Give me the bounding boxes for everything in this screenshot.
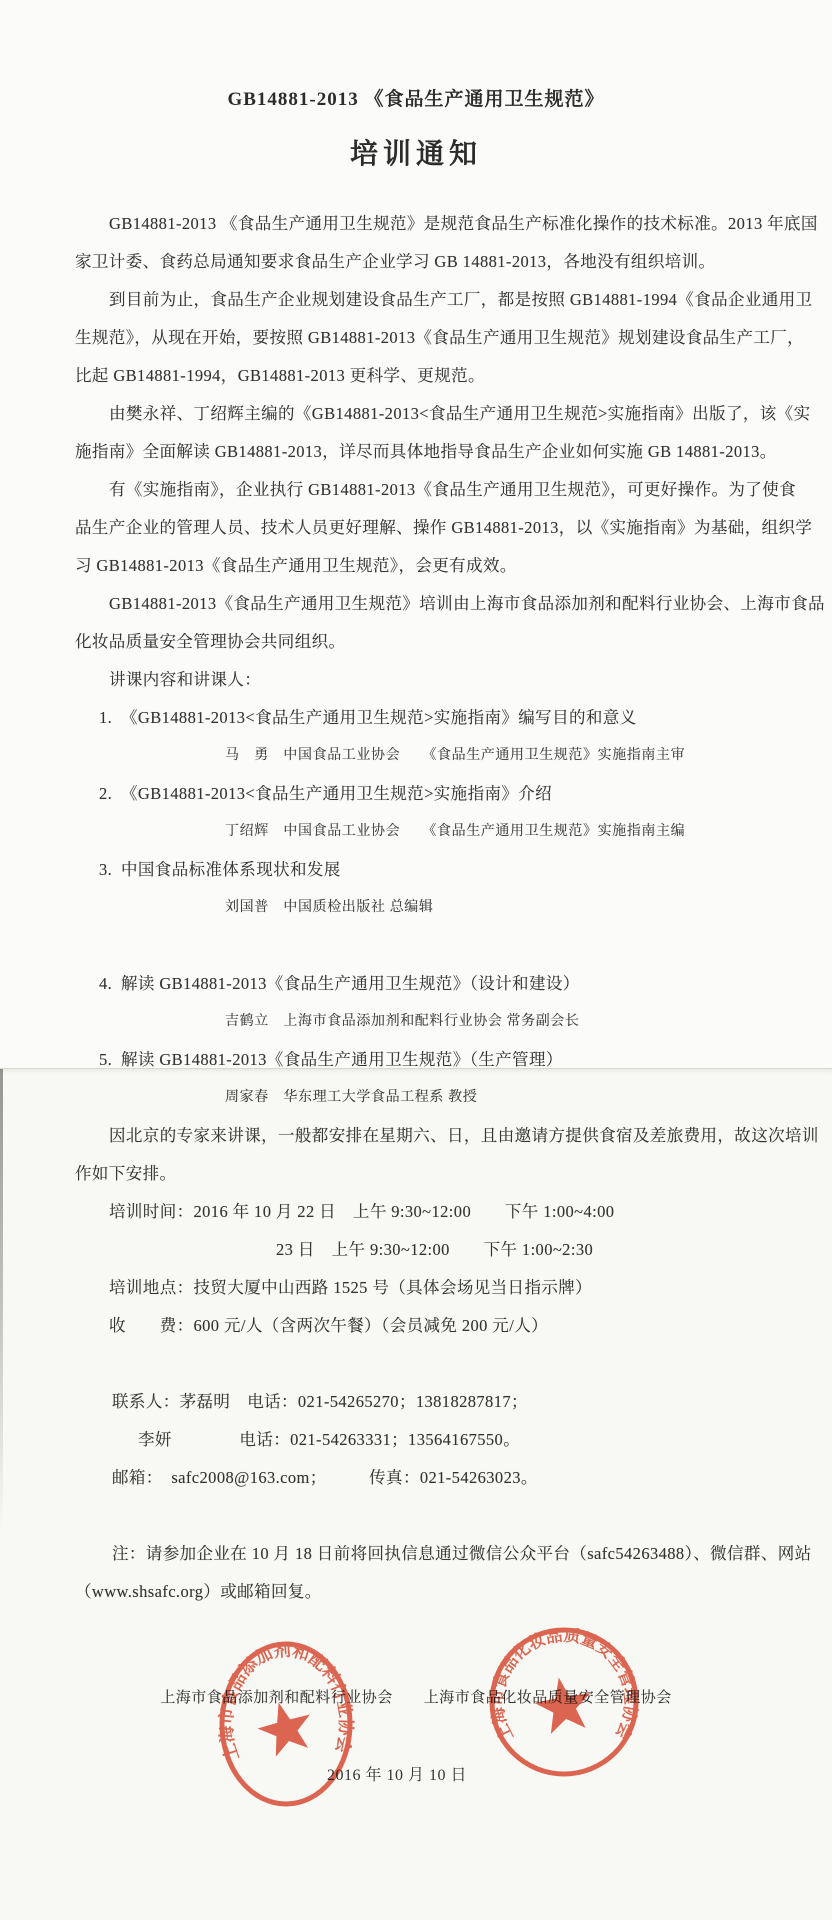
lecture-item-3-speaker: 刘国普 中国质检出版社 总编辑 <box>0 889 832 927</box>
lecture-item-3-title: 3.中国食品标准体系现状和发展 <box>0 851 832 889</box>
signature-organizations: 上海市食品添加剂和配料行业协会 上海市食品化妆品质量安全管理协会 <box>0 1686 832 1707</box>
official-stamp-left: 上海市食品添加剂和配料行业协会 <box>216 1638 356 1810</box>
notice-subtitle: 培训通知 <box>0 132 832 172</box>
page-1-body: GB14881-2013 《食品生产通用卫生规范》是规范食品生产标准化操作的技术… <box>0 205 832 1079</box>
scanned-notice-document: GB14881-2013 《食品生产通用卫生规范》 培训通知 GB14881-2… <box>0 0 832 1920</box>
stamp-left-text: 上海市食品添加剂和配料行业协会 <box>216 1640 356 1764</box>
intro-p1-line1: GB14881-2013 《食品生产通用卫生规范》是规范食品生产标准化操作的技术… <box>0 205 832 243</box>
item-number: 3. <box>99 851 121 889</box>
intro-p3-line1: 由樊永祥、丁绍辉主编的《GB14881-2013<食品生产通用卫生规范>实施指南… <box>0 395 832 433</box>
page-2-body: 周家春 华东理工大学食品工程系 教授 因北京的专家来讲课，一般都安排在星期六、日… <box>0 1079 832 1611</box>
intro-p1-line2: 家卫计委、食药总局通知要求食品生产企业学习 GB 14881-2013，各地没有… <box>0 243 832 281</box>
lecture-item-4-speaker: 吉鹤立 上海市食品添加剂和配料行业协会 常务副会长 <box>0 1003 832 1041</box>
lecture-item-1-title: 1.《GB14881-2013<食品生产通用卫生规范>实施指南》编写目的和意义 <box>0 699 832 737</box>
intro-p5-line1: GB14881-2013《食品生产通用卫生规范》培训由上海市食品添加剂和配料行业… <box>0 585 832 623</box>
svg-text:上海市食品化妆品质量安全管理协会: 上海市食品化妆品质量安全管理协会 <box>487 1625 642 1745</box>
training-time-line1: 培训时间：2016 年 10 月 22 日 上午 9:30~12:00 下午 1… <box>0 1193 832 1231</box>
arrangement-line1: 因北京的专家来讲课，一般都安排在星期六、日，且由邀请方提供食宿及差旅费用，故这次… <box>0 1117 832 1155</box>
blank-line <box>0 927 832 965</box>
svg-text:上海市食品添加剂和配料行业协会: 上海市食品添加剂和配料行业协会 <box>216 1640 356 1764</box>
intro-p3-line2: 施指南》全面解读 GB14881-2013，详尽而具体地指导食品生产企业如何实施… <box>0 433 832 471</box>
lecture-item-4-title: 4.解读 GB14881-2013《食品生产通用卫生规范》（设计和建设） <box>0 965 832 1003</box>
item-title-text: 《GB14881-2013<食品生产通用卫生规范>实施指南》编写目的和意义 <box>121 708 637 727</box>
item-number: 1. <box>99 699 121 737</box>
contact-line-3: 邮箱： safc2008@163.com； 传真：021-54263023。 <box>0 1459 832 1497</box>
item-number: 4. <box>99 965 121 1003</box>
official-stamp-right: 上海市食品化妆品质量安全管理协会 <box>485 1623 643 1781</box>
page-1: GB14881-2013 《食品生产通用卫生规范》 培训通知 GB14881-2… <box>0 0 832 1068</box>
note-line-1: 注：请参加企业在 10 月 18 日前将回执信息通过微信公众平台（safc542… <box>0 1535 832 1573</box>
contact-line-2: 李妍 电话：021-54263331；13564167550。 <box>0 1421 832 1459</box>
lecture-item-1-speaker: 马 勇 中国食品工业协会 《食品生产通用卫生规范》实施指南主审 <box>0 737 832 775</box>
document-title: GB14881-2013 《食品生产通用卫生规范》 <box>0 84 832 111</box>
arrangement-line2: 作如下安排。 <box>0 1155 832 1193</box>
training-place-line: 培训地点：技贸大厦中山西路 1525 号（具体会场见当日指示牌） <box>0 1269 832 1307</box>
intro-p4-line1: 有《实施指南》，企业执行 GB14881-2013《食品生产通用卫生规范》，可更… <box>0 471 832 509</box>
intro-p5-line2: 化妆品质量安全管理协会共同组织。 <box>0 623 832 661</box>
training-time-line2: 23 日 上午 9:30~12:00 下午 1:00~2:30 <box>0 1231 832 1269</box>
lecture-item-2-speaker: 丁绍辉 中国食品工业协会 《食品生产通用卫生规范》实施指南主编 <box>0 813 832 851</box>
lecture-heading: 讲课内容和讲课人： <box>0 661 832 699</box>
intro-p2-line2: 生规范》，从现在开始，要按照 GB14881-2013《食品生产通用卫生规范》规… <box>0 319 832 357</box>
item-title-text: 解读 GB14881-2013《食品生产通用卫生规范》（设计和建设） <box>121 974 580 993</box>
intro-p4-line2: 品生产企业的管理人员、技术人员更好理解、操作 GB14881-2013，以《实施… <box>0 509 832 547</box>
stamp-star-icon <box>531 1673 597 1736</box>
stamp-star-icon <box>252 1695 318 1759</box>
lecture-item-5-speaker: 周家春 华东理工大学食品工程系 教授 <box>0 1079 832 1117</box>
intro-p2-line1: 到目前为止，食品生产企业规划建设食品生产工厂，都是按照 GB14881-1994… <box>0 281 832 319</box>
training-fee-line: 收 费：600 元/人（含两次午餐）（会员减免 200 元/人） <box>0 1307 832 1345</box>
lecture-item-2-title: 2.《GB14881-2013<食品生产通用卫生规范>实施指南》介绍 <box>0 775 832 813</box>
blank-line <box>0 1345 832 1383</box>
item-number: 2. <box>99 775 121 813</box>
item-title-text: 《GB14881-2013<食品生产通用卫生规范>实施指南》介绍 <box>121 784 552 803</box>
contact-line-1: 联系人：茅磊明 电话：021-54265270；13818287817； <box>0 1383 832 1421</box>
intro-p4-line3: 习 GB14881-2013《食品生产通用卫生规范》，会更有成效。 <box>0 547 832 585</box>
note-line-2: （www.shsafc.org）或邮箱回复。 <box>0 1573 832 1611</box>
item-title-text: 中国食品标准体系现状和发展 <box>121 860 341 879</box>
intro-p2-line3: 比起 GB14881-1994，GB14881-2013 更科学、更规范。 <box>0 357 832 395</box>
item-title-text: 解读 GB14881-2013《食品生产通用卫生规范》（生产管理） <box>121 1050 563 1069</box>
stamp-right-text: 上海市食品化妆品质量安全管理协会 <box>487 1625 642 1745</box>
blank-line <box>0 1497 832 1535</box>
